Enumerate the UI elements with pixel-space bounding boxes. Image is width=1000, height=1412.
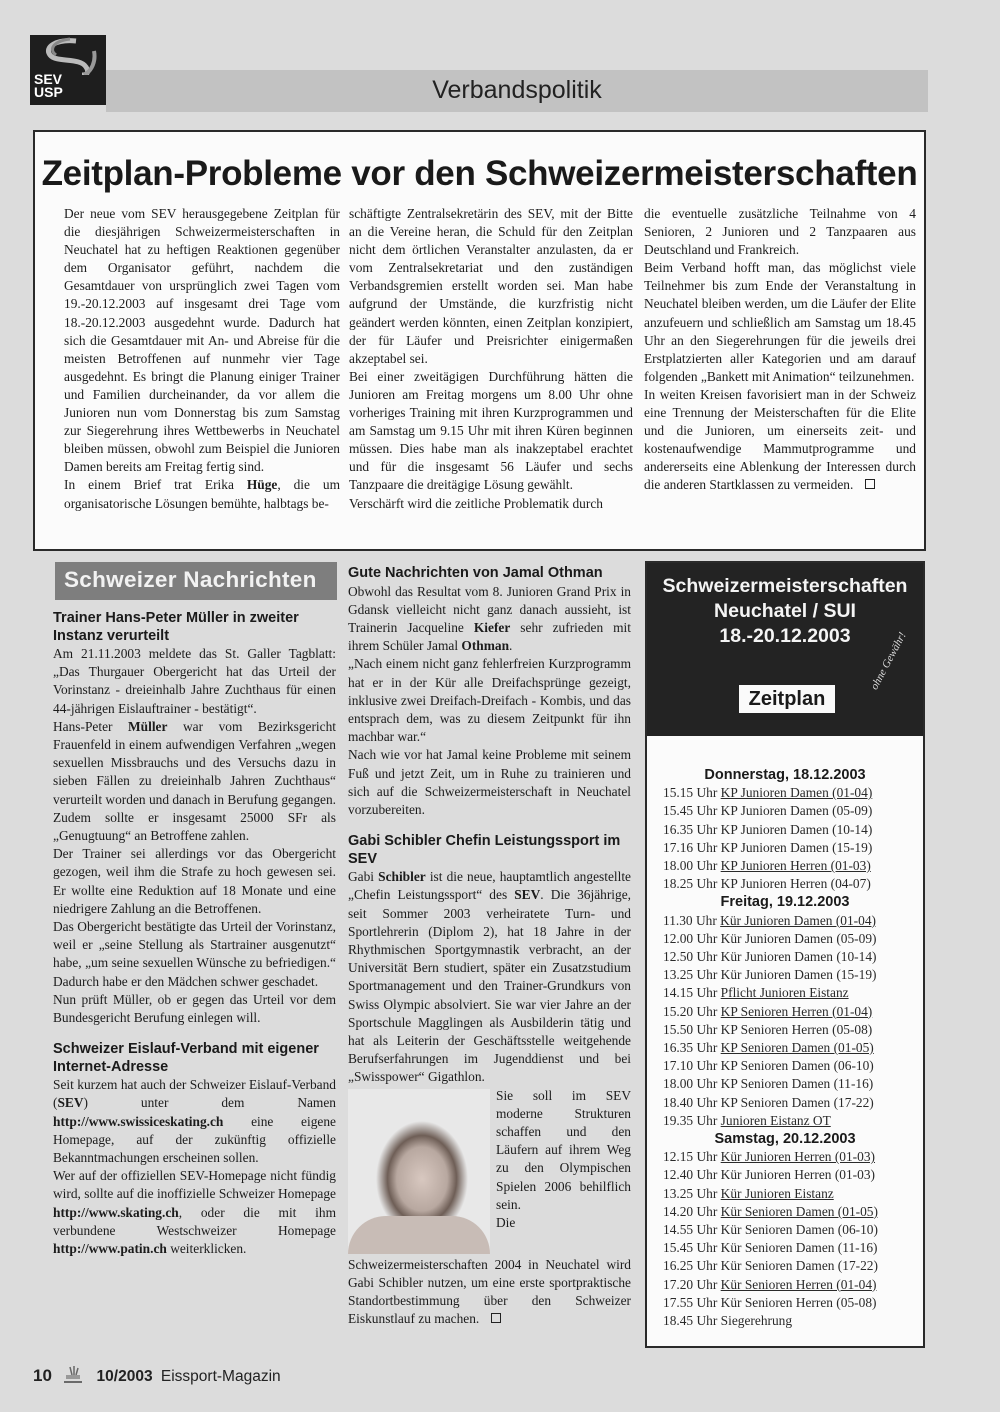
entry-event: Kür Senioren Damen (06-10) bbox=[721, 1222, 878, 1237]
main-article: Zeitplan-Probleme vor den Schweizermeist… bbox=[33, 130, 926, 551]
entry-event: Kür Junioren Damen (10-14) bbox=[721, 949, 877, 964]
skate-icon bbox=[62, 1365, 84, 1385]
entry-event: KP Senioren Herren (05-08) bbox=[721, 1022, 873, 1037]
schedule-entry: 18.00 Uhr KP Senioren Damen (11-16) bbox=[647, 1075, 923, 1093]
schedule-entry: 16.35 Uhr KP Junioren Damen (10-14) bbox=[647, 821, 923, 839]
news-column-2: Gute Nachrichten von Jamal Othman Obwohl… bbox=[348, 565, 631, 1328]
schedule-title-line3: 18.-20.12.2003 bbox=[647, 624, 923, 649]
paragraph: In einem Brief trat Erika Hüge, die um o… bbox=[64, 476, 340, 512]
news-section-title: Schweizer Nachrichten bbox=[64, 567, 317, 593]
entry-event: KP Junioren Damen (10-14) bbox=[721, 822, 873, 837]
entry-event: KP Junioren Herren (01-03) bbox=[721, 858, 871, 873]
entry-time: 15.15 Uhr bbox=[663, 785, 717, 800]
news-column-1: Trainer Hans-Peter Müller in zweiter Ins… bbox=[53, 610, 336, 1258]
news-headline-othman: Gute Nachrichten von Jamal Othman bbox=[348, 565, 631, 583]
entry-time: 18.25 Uhr bbox=[663, 876, 717, 891]
news-headline-muller: Trainer Hans-Peter Müller in zweiter Ins… bbox=[53, 610, 336, 645]
schedule-entry: 12.40 Uhr Kür Junioren Herren (01-03) bbox=[647, 1166, 923, 1184]
url-link[interactable]: http://www.skating.ch bbox=[53, 1205, 179, 1220]
article-headline: Zeitplan-Probleme vor den Schweizermeist… bbox=[35, 154, 924, 194]
entry-event: Kür Senioren Damen (01-05) bbox=[721, 1204, 878, 1219]
logo-line2: USP bbox=[34, 86, 63, 99]
paragraph: Beim Verband hofft man, das möglichst vi… bbox=[644, 259, 916, 386]
entry-time: 12.50 Uhr bbox=[663, 949, 717, 964]
paragraph: schäftigte Zentralsekretärin des SEV, mi… bbox=[349, 205, 633, 368]
entry-time: 19.35 Uhr bbox=[663, 1113, 717, 1128]
schedule-day-heading: Donnerstag, 18.12.2003 bbox=[647, 766, 923, 784]
schedule-entry: 15.15 Uhr KP Junioren Damen (01-04) bbox=[647, 784, 923, 802]
schedule-day-heading: Samstag, 20.12.2003 bbox=[647, 1130, 923, 1148]
entry-time: 15.45 Uhr bbox=[663, 1240, 717, 1255]
schedule-list: Donnerstag, 18.12.200315.15 Uhr KP Junio… bbox=[647, 766, 923, 1330]
entry-time: 12.15 Uhr bbox=[663, 1149, 717, 1164]
schedule-entry: 12.00 Uhr Kür Junioren Damen (05-09) bbox=[647, 930, 923, 948]
entry-event: KP Senioren Damen (01-05) bbox=[721, 1040, 874, 1055]
page-number: 10 bbox=[33, 1366, 52, 1385]
schedule-entry: 15.45 Uhr KP Junioren Damen (05-09) bbox=[647, 802, 923, 820]
schedule-title-line1: Schweizermeisterschaften bbox=[647, 574, 923, 599]
paragraph: Gabi Schibler ist die neue, hauptamtlich… bbox=[348, 868, 631, 1086]
schedule-entry: 16.35 Uhr KP Senioren Damen (01-05) bbox=[647, 1039, 923, 1057]
article-column-3: die eventuelle zusätzliche Teilnahme von… bbox=[644, 205, 916, 495]
entry-time: 16.25 Uhr bbox=[663, 1258, 717, 1273]
entry-time: 17.16 Uhr bbox=[663, 840, 717, 855]
entry-event: KP Senioren Herren (01-04) bbox=[721, 1004, 873, 1019]
entry-event: Siegerehrung bbox=[721, 1313, 792, 1328]
schedule-entry: 17.20 Uhr Kür Senioren Herren (01-04) bbox=[647, 1276, 923, 1294]
url-link[interactable]: http://www.patin.ch bbox=[53, 1241, 167, 1256]
entry-time: 15.20 Uhr bbox=[663, 1004, 717, 1019]
article-column-1: Der neue vom SEV herausgegebene Zeitplan… bbox=[64, 205, 340, 513]
entry-event: KP Junioren Damen (01-04) bbox=[721, 785, 873, 800]
entry-time: 16.35 Uhr bbox=[663, 1040, 717, 1055]
news-headline-internet: Schweizer Eislauf-Verband mit eigener In… bbox=[53, 1041, 336, 1076]
entry-time: 18.00 Uhr bbox=[663, 1076, 717, 1091]
paragraph: die eventuelle zusätzliche Teilnahme von… bbox=[644, 205, 916, 259]
paragraph: Der Trainer sei allerdings vor das Oberg… bbox=[53, 845, 336, 918]
entry-event: KP Senioren Damen (06-10) bbox=[721, 1058, 874, 1073]
entry-time: 12.00 Uhr bbox=[663, 931, 717, 946]
entry-event: KP Senioren Damen (17-22) bbox=[721, 1095, 874, 1110]
paragraph: Am 21.11.2003 meldete das St. Galler Tag… bbox=[53, 645, 336, 718]
schedule-entry: 14.15 Uhr Pflicht Junioren Eistanz bbox=[647, 984, 923, 1002]
entry-time: 14.55 Uhr bbox=[663, 1222, 717, 1237]
schedule-entry: 14.55 Uhr Kür Senioren Damen (06-10) bbox=[647, 1221, 923, 1239]
entry-time: 17.20 Uhr bbox=[663, 1277, 717, 1292]
entry-time: 13.25 Uhr bbox=[663, 1186, 717, 1201]
schedule-entry: 19.35 Uhr Junioren Eistanz OT bbox=[647, 1112, 923, 1130]
schedule-entry: 16.25 Uhr Kür Senioren Damen (17-22) bbox=[647, 1257, 923, 1275]
entry-time: 17.55 Uhr bbox=[663, 1295, 717, 1310]
schedule-entry: 13.25 Uhr Kür Junioren Damen (15-19) bbox=[647, 966, 923, 984]
paragraph: Bei einer zweitägigen Durchführung hätte… bbox=[349, 368, 633, 495]
schedule-entry: 13.25 Uhr Kür Junioren Eistanz bbox=[647, 1185, 923, 1203]
entry-event: Kür Senioren Herren (01-04) bbox=[721, 1277, 877, 1292]
schedule-header: Schweizermeisterschaften Neuchatel / SUI… bbox=[647, 563, 923, 736]
news-headline-schibler: Gabi Schibler Chefin Leistungssport im S… bbox=[348, 833, 631, 868]
paragraph: Der neue vom SEV herausgegebene Zeitplan… bbox=[64, 205, 340, 476]
entry-event: Kür Senioren Damen (17-22) bbox=[721, 1258, 878, 1273]
schedule-entry: 15.50 Uhr KP Senioren Herren (05-08) bbox=[647, 1021, 923, 1039]
sev-usp-logo: SEV USP bbox=[30, 35, 106, 105]
entry-time: 17.10 Uhr bbox=[663, 1058, 717, 1073]
end-of-article-icon bbox=[865, 479, 875, 489]
schedule-box: Schweizermeisterschaften Neuchatel / SUI… bbox=[645, 561, 925, 1348]
paragraph: Obwohl das Resultat vom 8. Junioren Gran… bbox=[348, 583, 631, 656]
entry-time: 14.15 Uhr bbox=[663, 985, 717, 1000]
page-footer: 10 10/2003 Eissport-Magazin bbox=[33, 1365, 281, 1386]
paragraph: Wer auf der offiziellen SEV-Homepage nic… bbox=[53, 1167, 336, 1258]
paragraph: Nach wie vor hat Jamal keine Probleme mi… bbox=[348, 746, 631, 819]
portrait-photo-gabi-schibler bbox=[348, 1089, 490, 1254]
schedule-entry: 18.40 Uhr KP Senioren Damen (17-22) bbox=[647, 1094, 923, 1112]
paragraph: Nun prüft Müller, ob er gegen das Urteil… bbox=[53, 991, 336, 1027]
entry-event: Kür Junioren Herren (01-03) bbox=[721, 1167, 875, 1182]
schedule-entry: 18.00 Uhr KP Junioren Herren (01-03) bbox=[647, 857, 923, 875]
schedule-title-line2: Neuchatel / SUI bbox=[647, 599, 923, 624]
url-link[interactable]: http://www.swissiceskating.ch bbox=[53, 1114, 223, 1129]
entry-time: 18.00 Uhr bbox=[663, 858, 717, 873]
paragraph: Verschärft wird die zeitliche Problemati… bbox=[349, 495, 633, 513]
news-section-header: Schweizer Nachrichten bbox=[55, 562, 337, 600]
schedule-day-heading: Freitag, 19.12.2003 bbox=[647, 893, 923, 911]
entry-event: Kür Junioren Damen (15-19) bbox=[721, 967, 877, 982]
skater-swoosh-icon bbox=[36, 37, 100, 75]
entry-event: KP Junioren Damen (15-19) bbox=[721, 840, 873, 855]
schedule-entry: 15.20 Uhr KP Senioren Herren (01-04) bbox=[647, 1003, 923, 1021]
entry-event: KP Junioren Herren (04-07) bbox=[721, 876, 871, 891]
entry-event: Kür Senioren Damen (11-16) bbox=[721, 1240, 878, 1255]
schedule-entry: 17.16 Uhr KP Junioren Damen (15-19) bbox=[647, 839, 923, 857]
paragraph: Hans-Peter Müller war vom Bezirksgericht… bbox=[53, 718, 336, 845]
entry-event: Kür Junioren Herren (01-03) bbox=[721, 1149, 875, 1164]
section-title: Verbandspolitik bbox=[106, 76, 928, 105]
zeitplan-badge: Zeitplan bbox=[739, 685, 835, 713]
entry-time: 16.35 Uhr bbox=[663, 822, 717, 837]
schedule-entry: 18.25 Uhr KP Junioren Herren (04-07) bbox=[647, 875, 923, 893]
entry-time: 12.40 Uhr bbox=[663, 1167, 717, 1182]
end-of-article-icon bbox=[491, 1313, 501, 1323]
entry-event: Junioren Eistanz OT bbox=[721, 1113, 831, 1128]
entry-time: 11.30 Uhr bbox=[663, 913, 717, 928]
entry-event: Kür Junioren Damen (01-04) bbox=[720, 913, 876, 928]
schedule-entry: 17.55 Uhr Kür Senioren Herren (05-08) bbox=[647, 1294, 923, 1312]
entry-event: Kür Junioren Damen (05-09) bbox=[721, 931, 877, 946]
entry-time: 15.45 Uhr bbox=[663, 803, 717, 818]
article-column-2: schäftigte Zentralsekretärin des SEV, mi… bbox=[349, 205, 633, 513]
bold-name: Hüge bbox=[247, 477, 278, 492]
entry-event: KP Junioren Damen (05-09) bbox=[721, 803, 873, 818]
entry-time: 18.45 Uhr bbox=[663, 1313, 717, 1328]
entry-event: Kür Senioren Herren (05-08) bbox=[721, 1295, 877, 1310]
schedule-entry: 17.10 Uhr KP Senioren Damen (06-10) bbox=[647, 1057, 923, 1075]
entry-time: 13.25 Uhr bbox=[663, 967, 717, 982]
schedule-entry: 14.20 Uhr Kür Senioren Damen (01-05) bbox=[647, 1203, 923, 1221]
schedule-entry: 18.45 Uhr Siegerehrung bbox=[647, 1312, 923, 1330]
paragraph: In weiten Kreisen favorisiert man in der… bbox=[644, 386, 916, 495]
magazine-name: Eissport-Magazin bbox=[161, 1368, 281, 1385]
section-header-bar: Verbandspolitik bbox=[106, 70, 928, 112]
schedule-entry: 11.30 Uhr Kür Junioren Damen (01-04) bbox=[647, 912, 923, 930]
paragraph: Seit kurzem hat auch der Schweizer Eisla… bbox=[53, 1076, 336, 1167]
entry-time: 15.50 Uhr bbox=[663, 1022, 717, 1037]
entry-time: 14.20 Uhr bbox=[663, 1204, 717, 1219]
issue-number: 10/2003 bbox=[97, 1368, 153, 1385]
paragraph: Das Obergericht bestätigte das Urteil de… bbox=[53, 918, 336, 991]
paragraph: „Nach einem nicht ganz fehlerfreien Kurz… bbox=[348, 655, 631, 746]
entry-time: 18.40 Uhr bbox=[663, 1095, 717, 1110]
entry-event: KP Senioren Damen (11-16) bbox=[721, 1076, 874, 1091]
schedule-entry: 12.50 Uhr Kür Junioren Damen (10-14) bbox=[647, 948, 923, 966]
entry-event: Kür Junioren Eistanz bbox=[721, 1186, 834, 1201]
schedule-entry: 12.15 Uhr Kür Junioren Herren (01-03) bbox=[647, 1148, 923, 1166]
entry-event: Pflicht Junioren Eistanz bbox=[721, 985, 849, 1000]
schedule-entry: 15.45 Uhr Kür Senioren Damen (11-16) bbox=[647, 1239, 923, 1257]
